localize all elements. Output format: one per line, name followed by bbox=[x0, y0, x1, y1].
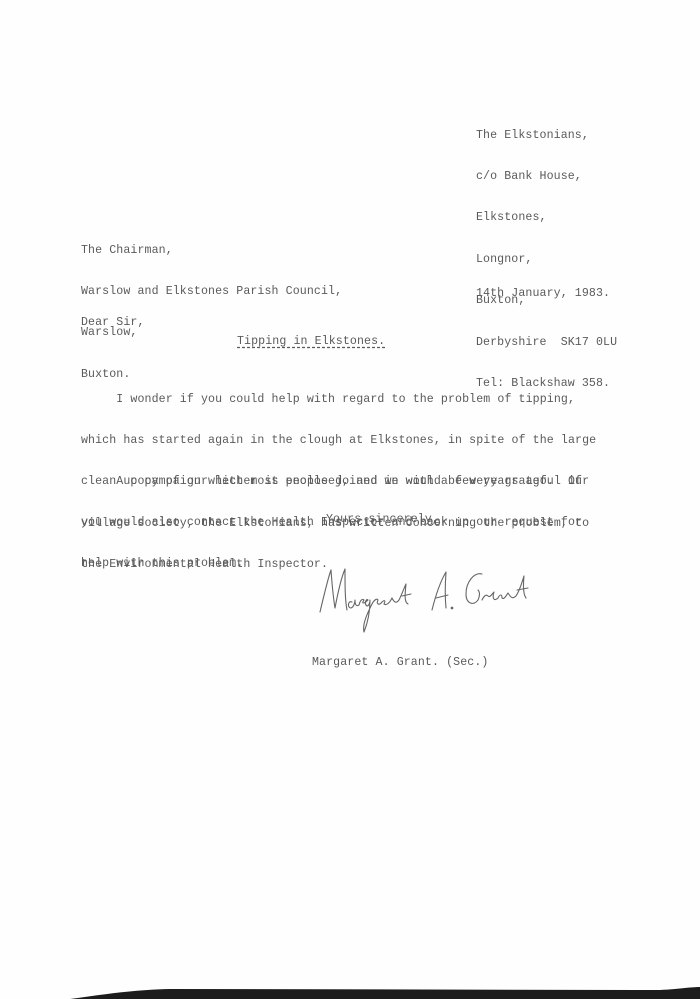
sender-line: The Elkstonians, bbox=[476, 129, 617, 143]
recipient-line: The Chairman, bbox=[81, 244, 342, 258]
salutation: Dear Sir, bbox=[81, 316, 145, 330]
letter-date: 14th January, 1983. bbox=[476, 287, 610, 301]
sender-line: Derbyshire SK17 0LU bbox=[476, 336, 617, 350]
letter-page: The Elkstonians, c/o Bank House, Elkston… bbox=[0, 0, 700, 999]
subject-heading: Tipping in Elkstones. bbox=[237, 335, 385, 349]
body-line: which has started again in the clough at… bbox=[81, 434, 596, 448]
body-line: A copy of our letter is enclosed, and we… bbox=[81, 475, 582, 489]
sender-line: Elkstones, bbox=[476, 211, 617, 225]
handwritten-signature bbox=[314, 560, 574, 640]
typed-signatory-name: Margaret A. Grant. (Sec.) bbox=[312, 656, 488, 670]
body-line: I wonder if you could help with regard t… bbox=[81, 393, 596, 407]
scan-bottom-edge bbox=[0, 987, 700, 999]
sender-line: c/o Bank House, bbox=[476, 170, 617, 184]
sender-line: Longnor, bbox=[476, 253, 617, 267]
recipient-line: Warslow and Elkstones Parish Council, bbox=[81, 285, 342, 299]
closing: Yours sincerely, bbox=[326, 513, 439, 527]
